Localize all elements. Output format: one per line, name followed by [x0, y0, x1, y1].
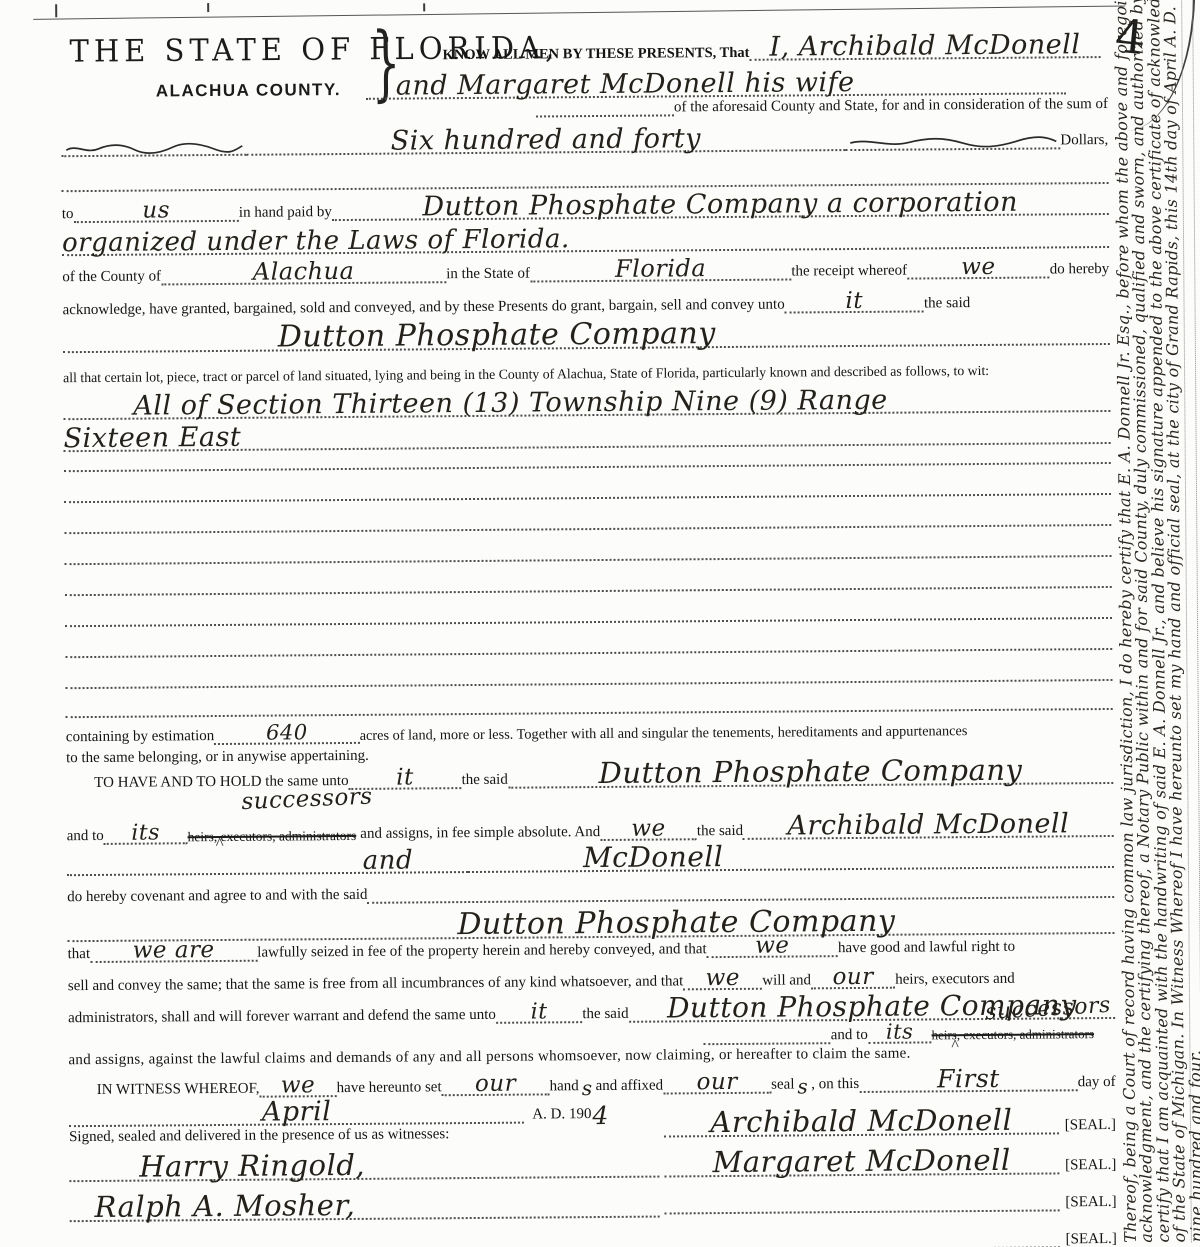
line-consideration: Six hundred and forty Dollars, — [61, 120, 1108, 157]
amount-fill: Six hundred and forty — [246, 125, 845, 156]
handwritten-witness-2: Ralph A. Mosher, — [95, 1194, 356, 1219]
handwritten-it: it — [531, 1003, 548, 1020]
handwritten-grantee: Dutton Phosphate Company — [278, 322, 716, 349]
aforesaid-label: of the aforesaid County and State, for a… — [674, 96, 1108, 116]
line-county-state: of the County of Alachua in the State of… — [62, 254, 1109, 286]
organized-fill: organized under the Laws of Florida. — [62, 223, 1109, 256]
handwritten-payer: Dutton Phosphate Company a corporation — [422, 192, 1018, 218]
our-fill-2: our — [663, 1072, 771, 1095]
handwritten-successors-2: successors — [985, 997, 1112, 1022]
handwritten-our: our — [696, 1074, 737, 1092]
grantee-fill: Dutton Phosphate Company — [63, 317, 1110, 353]
signature-fill-2: Margaret McDonell — [664, 1146, 1059, 1177]
handwritten-grantor2: McDonell — [583, 846, 723, 869]
witness-row-2: Ralph A. Mosher, — [69, 1180, 659, 1223]
grantor1-fill: Archibald McDonell — [743, 811, 1114, 840]
handwritten-we: we — [631, 820, 665, 838]
the-said-label: the said — [697, 823, 743, 840]
line-grantee: Dutton Phosphate Company — [63, 312, 1110, 353]
handwritten-grantee: Dutton Phosphate Company — [457, 910, 895, 937]
witness-row-1: Harry Ringold, — [69, 1140, 659, 1183]
do-hereby-label: do hereby — [1050, 261, 1110, 278]
containing-label: containing by estimation — [66, 728, 214, 746]
county-fill: Alachua — [161, 259, 446, 285]
scan-tick — [207, 3, 209, 12]
blank-rule — [66, 708, 1113, 718]
handwritten-witness-1: Harry Ringold, — [139, 1154, 365, 1178]
seal-bracket: [SEAL.] — [1065, 1157, 1116, 1174]
handwritten-amount: Six hundred and forty — [391, 128, 701, 151]
hand-label: hand — [550, 1078, 579, 1095]
description-intro: all that certain lot, piece, tract or pa… — [63, 362, 989, 385]
handwritten-state: Florida — [615, 259, 706, 278]
month-fill: April — [69, 1098, 525, 1128]
handwritten-grantor-line1: I, Archibald McDonell — [769, 34, 1080, 57]
handwritten-acres: 640 — [266, 724, 308, 741]
seized-clause: lawfully seized in fee of the property h… — [257, 941, 707, 961]
presents-label: KNOW ALL MEN BY THESE PRESENTS, That — [442, 45, 749, 64]
handwritten-its: its — [886, 1024, 914, 1041]
the-said-label: the said — [924, 295, 970, 312]
handwritten-us: us — [142, 202, 170, 220]
seal-bracket: [SEAL.] — [1065, 1194, 1116, 1211]
line-paid-by: to us in hand paid by Dutton Phosphate C… — [62, 190, 1109, 223]
struck-heirs-text: heirs, executors, administrators — [187, 828, 356, 844]
handwritten-its: its — [131, 824, 160, 841]
tenure-clause: and assigns, in fee simple absolute. And — [360, 824, 600, 843]
handwritten-grantor-line2: and Margaret McDonell his wife — [396, 72, 855, 97]
handwritten-signature-1: Archibald McDonell — [710, 1109, 1012, 1134]
handwritten-county: Alachua — [253, 262, 355, 282]
blank-rule — [65, 648, 1112, 658]
witness-fill-1: Harry Ringold, — [69, 1150, 659, 1183]
acres-clause: acres of land, more or less. Together wi… — [360, 723, 968, 744]
county-label: of the County of — [62, 269, 161, 287]
margin-notary-note: Thereof, being a Court of record having … — [1113, 0, 1200, 1243]
seal-bracket: [SEAL.] — [1066, 1231, 1117, 1247]
in-hand-label: in hand paid by — [239, 204, 332, 222]
covenant-intro: do hereby covenant and agree to and with… — [67, 887, 367, 906]
handwritten-grantor1: Archibald McDonell — [787, 813, 1069, 836]
to-fill: us — [73, 200, 239, 223]
handwritten-we: we — [755, 938, 789, 956]
sell-clause: sell and convey the same; that the same … — [68, 974, 684, 996]
state-fill: Florida — [530, 256, 792, 282]
ink-flourish-icon — [61, 136, 246, 157]
blank-rule — [65, 617, 1112, 627]
handwritten-s: s — [797, 1080, 808, 1096]
acres-fill: 640 — [214, 722, 360, 745]
handwritten-we-are: we are — [133, 942, 215, 961]
struck-heirs-text-2: heirs, executors, administrators — [932, 1028, 1095, 1044]
handwritten-signature-2: Margaret McDonell — [712, 1149, 1010, 1174]
signature-fill-3 — [665, 1191, 1060, 1214]
blank-rule — [65, 555, 1112, 565]
its-fill: its — [104, 822, 188, 845]
blank-rule — [64, 524, 1111, 534]
our-fill: our — [811, 967, 895, 990]
handwritten-and: and — [363, 850, 414, 871]
description-fill-2: Sixteen East — [63, 418, 1110, 452]
habendum-grantee-fill: Dutton Phosphate Company — [508, 756, 1114, 789]
line-organized: organized under the Laws of Florida. — [62, 222, 1109, 256]
witness-fill-2: Ralph A. Mosher, — [69, 1190, 659, 1223]
seal-label: seal — [771, 1077, 794, 1094]
the-said-label: the said — [462, 772, 508, 789]
right-clause: have good and lawful right to — [838, 939, 1015, 957]
heirs-clause: heirs, executors and — [895, 971, 1015, 989]
unto-fill-2: it — [496, 1001, 583, 1024]
handwritten-grantee: Dutton Phosphate Company — [599, 759, 1023, 785]
signature-row-1: Archibald McDonell [SEAL.] — [664, 1098, 1116, 1138]
warrant-clause: administrators, shall and will forever w… — [68, 1007, 496, 1027]
handwritten-it: it — [396, 769, 414, 787]
day-fill: First — [859, 1066, 1078, 1093]
we-are-fill: we are — [90, 940, 257, 963]
grantor-line1-fill: I, Archibald McDonell — [749, 32, 1100, 61]
signature-row-2: Margaret McDonell [SEAL.] — [664, 1138, 1116, 1178]
deed-document: THE STATE OF FLORIDA, ALACHUA COUNTY. } … — [0, 0, 1200, 1247]
signature-row-4: [SEAL.] — [665, 1215, 1117, 1247]
scan-top-edge — [33, 5, 1125, 19]
we-fill-2: we — [707, 935, 839, 958]
and-to-label: and to — [67, 828, 104, 845]
and-fill: and — [67, 848, 468, 876]
unto-fill: it — [785, 290, 924, 313]
blank-rule — [64, 493, 1111, 503]
handwritten-organized: organized under the Laws of Florida. — [62, 229, 570, 253]
we-fill: we — [600, 818, 697, 841]
blank-rule — [65, 586, 1112, 596]
that-label: that — [68, 946, 91, 963]
will-and-label: will and — [762, 973, 811, 990]
state-label: in the State of — [446, 266, 530, 283]
aforesaid-fill — [536, 114, 674, 117]
line-and-mcdonell: and McDonell — [67, 839, 1114, 876]
handwritten-our: our — [832, 969, 873, 987]
handwritten-it: it — [845, 293, 863, 311]
its-fill-2: its — [868, 1021, 932, 1043]
handwritten-first: First — [937, 1069, 1000, 1089]
grantor2-fill: McDonell — [468, 841, 1114, 873]
blank-rule — [66, 679, 1113, 689]
handwritten-description-2: Sixteen East — [63, 427, 241, 449]
signature-fill-1: Archibald McDonell — [664, 1106, 1059, 1137]
seal-bracket: [SEAL.] — [1065, 1117, 1116, 1134]
line-date: April A. D. 190 4 — [69, 1094, 609, 1127]
day-of-label: day of — [1078, 1074, 1116, 1091]
handwritten-we: we — [961, 259, 995, 277]
handwritten-our: our — [475, 1076, 516, 1094]
handwritten-successors-1: successors — [241, 789, 373, 813]
scan-tick — [423, 3, 425, 11]
signature-fill-4 — [665, 1228, 1060, 1247]
receipt-fill: we — [907, 256, 1050, 279]
ink-flourish-icon — [845, 129, 1060, 151]
affixed-label: and affixed — [595, 1078, 663, 1095]
and-to-label-2: and to — [831, 1027, 868, 1044]
line-presents: KNOW ALL MEN BY THESE PRESENTS, That I, … — [442, 30, 1100, 63]
to-label: to — [62, 206, 74, 223]
handwritten-we: we — [706, 970, 740, 988]
receipt-label: the receipt whereof — [791, 263, 907, 281]
payer-fill: Dutton Phosphate Company a corporation — [332, 189, 1109, 221]
blank-rule — [64, 462, 1111, 472]
ad-label: A. D. 190 — [532, 1106, 591, 1123]
we-fill-3: we — [683, 968, 762, 991]
handwritten-we: we — [281, 1077, 315, 1095]
scan-tick — [55, 4, 57, 17]
on-this-label: , on this — [811, 1076, 859, 1093]
handwritten-month: April — [262, 1101, 332, 1123]
our-fill-1: our — [442, 1073, 550, 1096]
assigns-clause: and assigns, against the lawful claims a… — [68, 1046, 910, 1069]
signature-row-3: [SEAL.] — [664, 1178, 1116, 1215]
county-title: ALACHUA COUNTY. — [156, 80, 341, 101]
the-said-label: the said — [582, 1006, 628, 1023]
we-fill-4: we — [259, 1075, 336, 1098]
line-aforesaid: of the aforesaid County and State, for a… — [536, 94, 1108, 117]
dollars-label: Dollars, — [1060, 132, 1108, 149]
handwritten-description-1: All of Section Thirteen (13) Township Ni… — [133, 390, 888, 417]
